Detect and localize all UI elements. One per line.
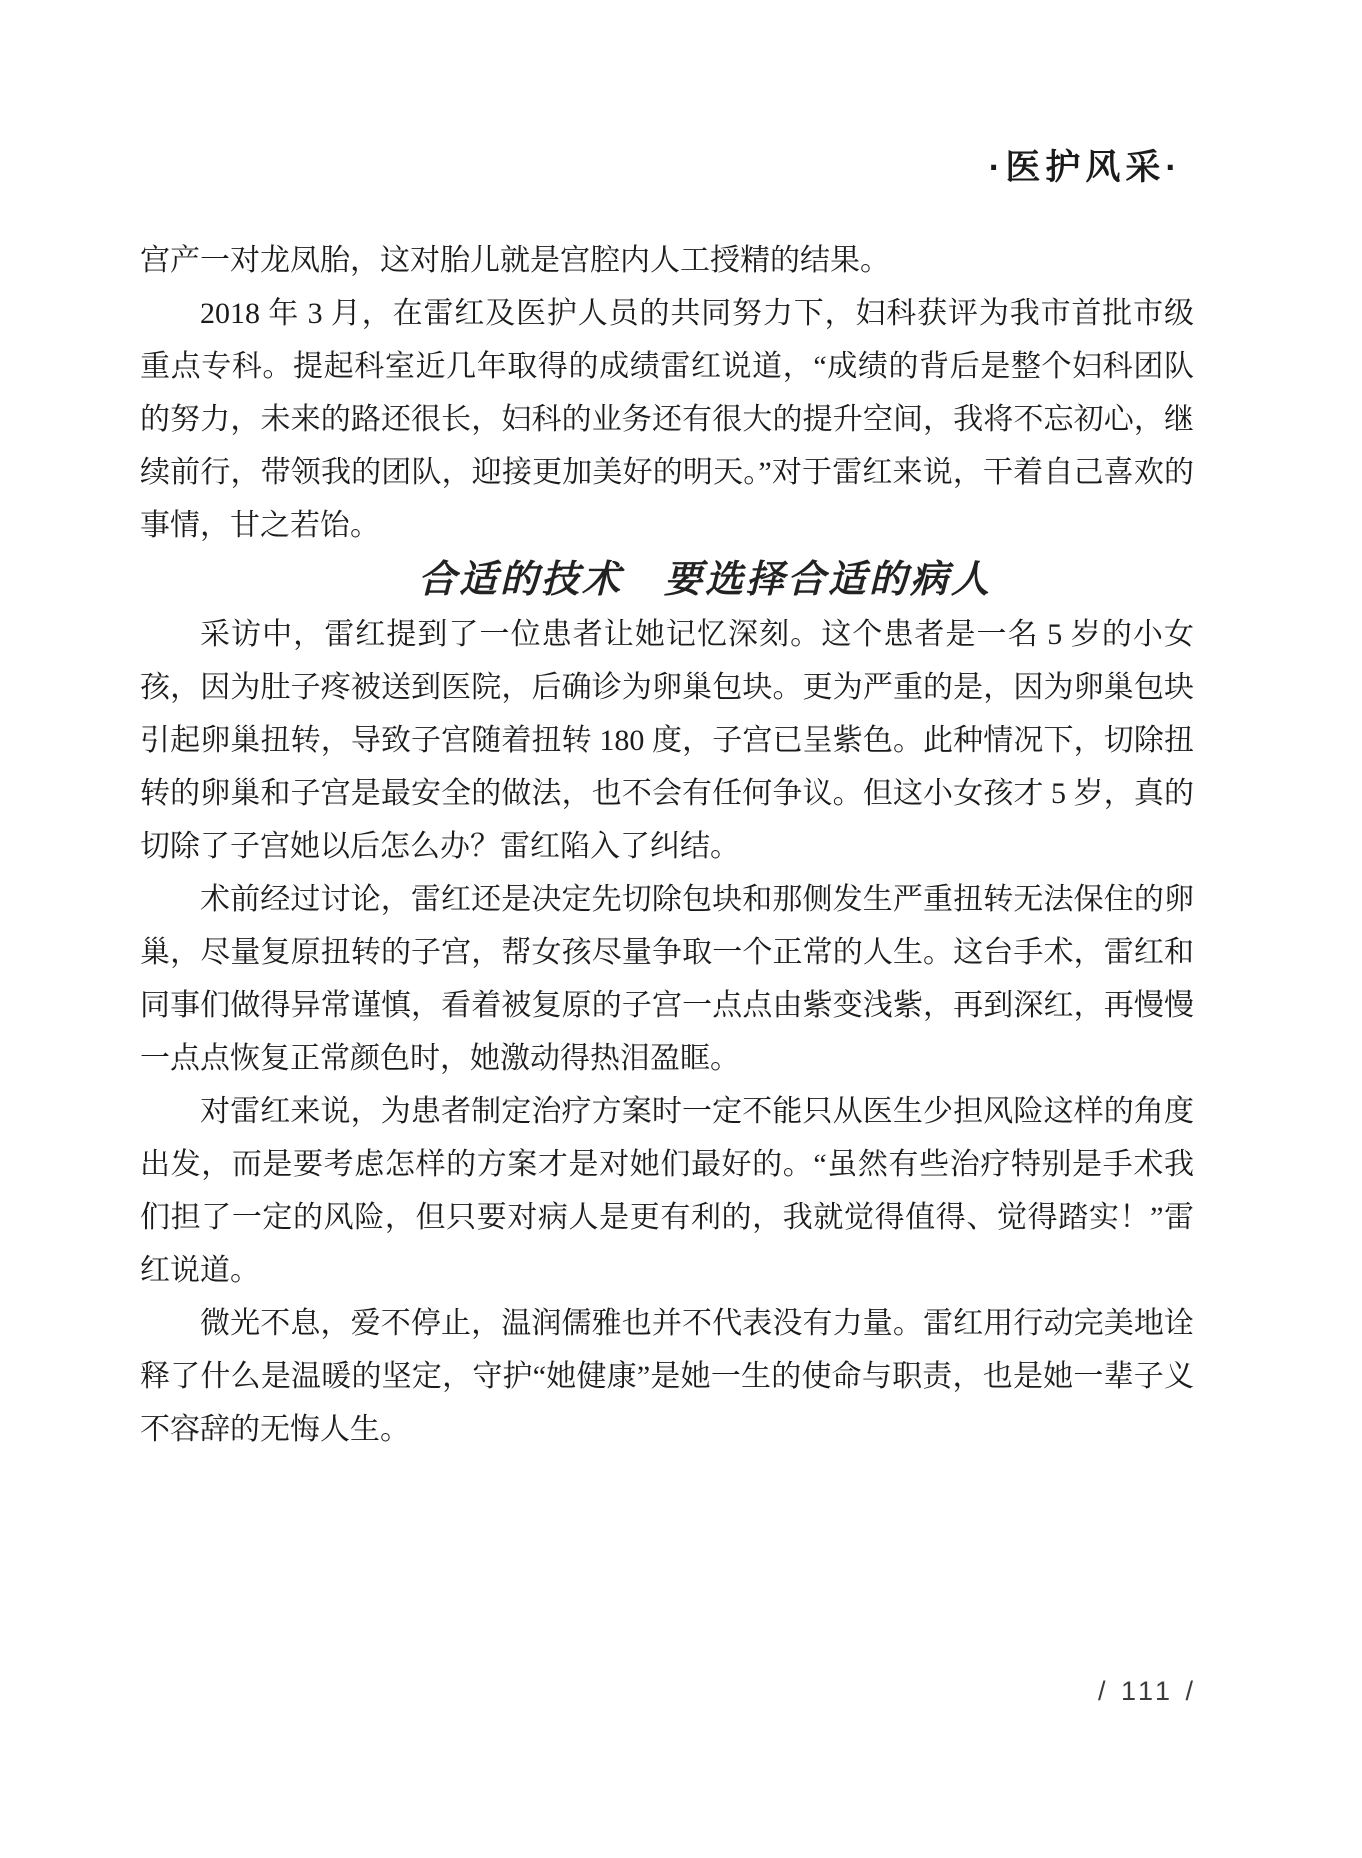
- paragraph: 术前经过讨论，雷红还是决定先切除包块和那侧发生严重扭转无法保住的卵巢，尽量复原扭…: [140, 873, 1194, 1085]
- page-number: / 111 /: [1098, 1676, 1197, 1707]
- paragraph: 采访中，雷红提到了一位患者让她记忆深刻。这个患者是一名 5 岁的小女孩，因为肚子…: [140, 608, 1194, 873]
- section-heading: 合适的技术 要选择合适的病人: [140, 552, 1194, 608]
- running-header: ·医护风采·: [989, 140, 1182, 190]
- book-page: ·医护风采· 宫产一对龙凤胎，这对胎儿就是宫腔内人工授精的结果。 2018 年 …: [0, 0, 1362, 1858]
- paragraph-continuation: 宫产一对龙凤胎，这对胎儿就是宫腔内人工授精的结果。: [140, 234, 1194, 287]
- paragraph: 微光不息，爱不停止，温润儒雅也并不代表没有力量。雷红用行动完美地诠释了什么是温暖…: [140, 1297, 1194, 1456]
- body-text: 宫产一对龙凤胎，这对胎儿就是宫腔内人工授精的结果。 2018 年 3 月，在雷红…: [140, 234, 1194, 1456]
- paragraph: 对雷红来说，为患者制定治疗方案时一定不能只从医生少担风险这样的角度出发，而是要考…: [140, 1085, 1194, 1297]
- paragraph: 2018 年 3 月，在雷红及医护人员的共同努力下，妇科获评为我市首批市级重点专…: [140, 287, 1194, 552]
